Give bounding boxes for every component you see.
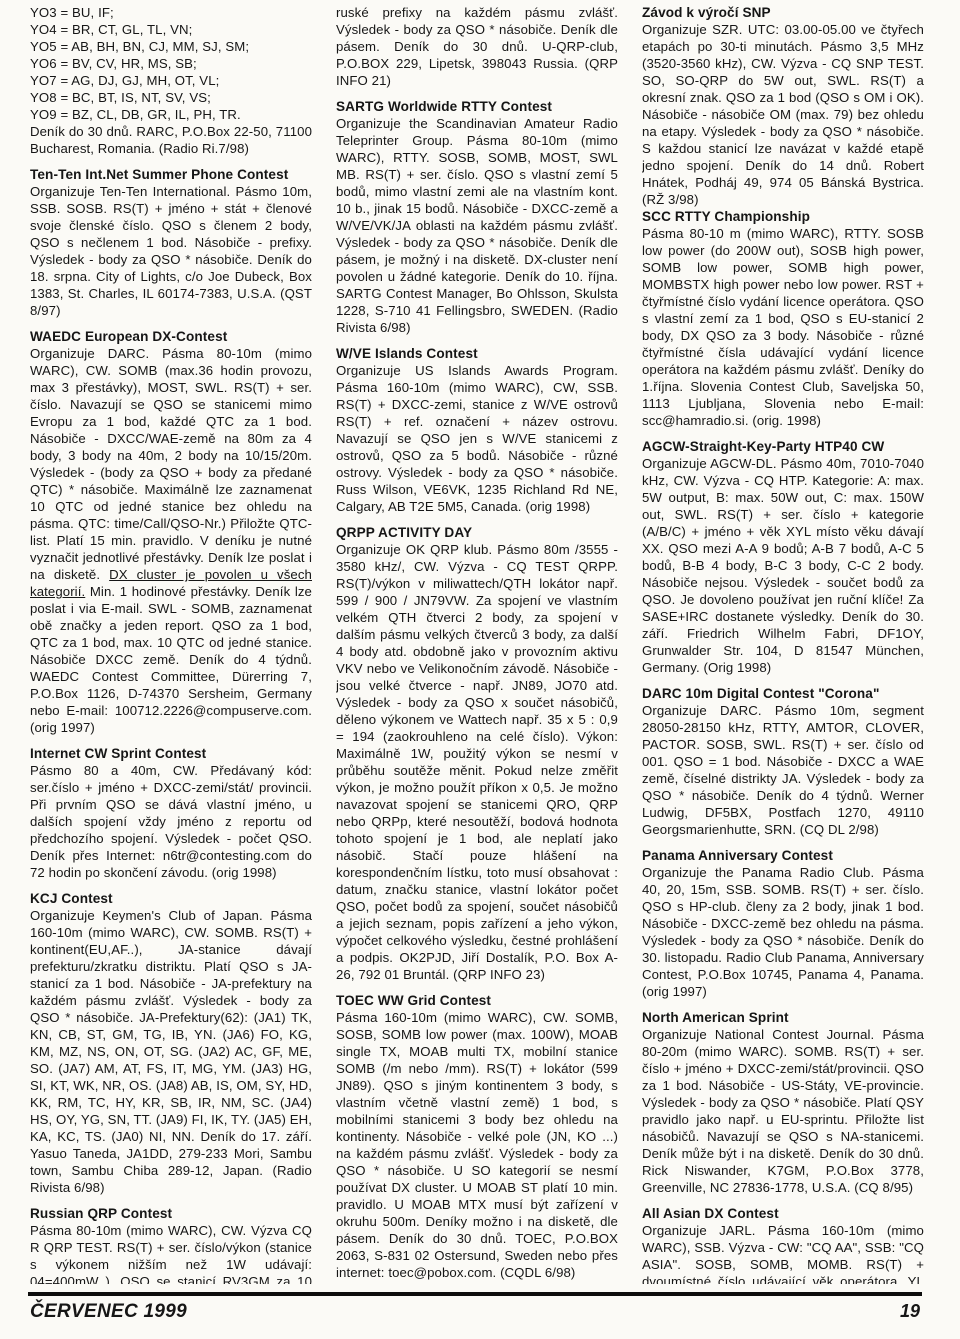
contest-section-sartg: SARTG Worldwide RTTY Contest Organizuje …: [336, 98, 618, 336]
contest-heading: Závod k výročí SNP: [642, 4, 924, 21]
contest-heading: Russian QRP Contest: [30, 1205, 312, 1222]
contest-section-all-asian: All Asian DX Contest Organizuje JARL. Pá…: [642, 1205, 924, 1284]
yo-district-line: YO6 = BV, CV, HR, MS, SB;: [30, 55, 312, 72]
content-columns: YO3 = BU, IF; YO4 = BR, CT, GL, TL, VN; …: [0, 0, 960, 1284]
contest-section-agcw: AGCW-Straight-Key-Party HTP40 CW Organiz…: [642, 438, 924, 676]
contest-body: Pásma 80-10m (mimo WARC), CW. Výzva CQ R…: [30, 1222, 312, 1284]
contest-section-scc-rtty: SCC RTTY Championship Pásma 80-10 m (mim…: [642, 208, 924, 429]
contest-section-snp: Závod k výročí SNP Organizuje SZR. UTC: …: [642, 4, 924, 208]
contest-section-qrpp-activity: QRPP ACTIVITY DAY Organizuje OK QRP klub…: [336, 524, 618, 983]
contest-heading: KCJ Contest: [30, 890, 312, 907]
column-3: Závod k výročí SNP Organizuje SZR. UTC: …: [642, 4, 924, 1284]
footer-issue-label: ČERVENEC 1999: [30, 1301, 187, 1323]
contest-heading: AGCW-Straight-Key-Party HTP40 CW: [642, 438, 924, 455]
contest-body: Organizuje Ten-Ten International. Pásmo …: [30, 183, 312, 319]
contest-heading: SARTG Worldwide RTTY Contest: [336, 98, 618, 115]
contest-body: Organizuje DARC. Pásma 80-10m (mimo WARC…: [30, 345, 312, 736]
contest-section-kcj: KCJ Contest Organizuje Keymen's Club of …: [30, 890, 312, 1196]
contest-body: Organizuje JARL. Pásma 160-10m (mimo WAR…: [642, 1222, 924, 1284]
contest-heading: Ten-Ten Int.Net Summer Phone Contest: [30, 166, 312, 183]
contest-heading: W/VE Islands Contest: [336, 345, 618, 362]
contest-section-yo-districts: YO3 = BU, IF; YO4 = BR, CT, GL, TL, VN; …: [30, 4, 312, 157]
contest-section-tenten: Ten-Ten Int.Net Summer Phone Contest Org…: [30, 166, 312, 319]
contest-section-darc-corona: DARC 10m Digital Contest "Corona" Organi…: [642, 685, 924, 838]
contest-section-russian-qrp-continued: ruské prefixy na každém pásmu zvlášť. Vý…: [336, 4, 618, 89]
yo-district-line: YO3 = BU, IF;: [30, 4, 312, 21]
contest-heading: North American Sprint: [642, 1009, 924, 1026]
contest-body: Organizuje the Scandinavian Amateur Radi…: [336, 115, 618, 336]
yo-district-line: YO9 = BZ, CL, DB, GR, IL, PH, TR.: [30, 106, 312, 123]
contest-body: Organizuje AGCW-DL. Pásmo 40m, 7010-7040…: [642, 455, 924, 676]
body-text: Min. 1 hodinové přestávky. Deník lze pos…: [30, 584, 312, 735]
contest-heading: QRPP ACTIVITY DAY: [336, 524, 618, 541]
contest-body: Organizuje the Panama Radio Club. Pásma …: [642, 864, 924, 1000]
contest-body: Organizuje SZR. UTC: 03.00-05.00 ve čtyř…: [642, 21, 924, 208]
contest-body: ruské prefixy na každém pásmu zvlášť. Vý…: [336, 4, 618, 89]
yo-district-line: YO5 = AB, BH, BN, CJ, MM, SJ, SM;: [30, 38, 312, 55]
contest-heading: DARC 10m Digital Contest "Corona": [642, 685, 924, 702]
contest-body: Pásma 160-10m (mimo WARC), CW. SOMB, SOS…: [336, 1009, 618, 1281]
contest-section-toec: TOEC WW Grid Contest Pásma 160-10m (mimo…: [336, 992, 618, 1281]
contest-heading: All Asian DX Contest: [642, 1205, 924, 1222]
contest-body: Organizuje US Islands Awards Program. Pá…: [336, 362, 618, 515]
contest-heading: Internet CW Sprint Contest: [30, 745, 312, 762]
contest-body: Pásmo 80 a 40m, CW. Předávaný kód: ser.č…: [30, 762, 312, 881]
footer-divider: [28, 1292, 922, 1296]
contest-section-wve-islands: W/VE Islands Contest Organizuje US Islan…: [336, 345, 618, 515]
contest-body: Organizuje OK QRP klub. Pásmo 80m /3555 …: [336, 541, 618, 983]
magazine-page: YO3 = BU, IF; YO4 = BR, CT, GL, TL, VN; …: [0, 0, 960, 1339]
contest-body: Organizuje Keymen's Club of Japan. Pásma…: [30, 907, 312, 1196]
contest-section-internet-cw: Internet CW Sprint Contest Pásmo 80 a 40…: [30, 745, 312, 881]
contest-heading: WAEDC European DX-Contest: [30, 328, 312, 345]
footer-page-number: 19: [900, 1301, 920, 1322]
yo-district-line: YO8 = BC, BT, IS, NT, SV, VS;: [30, 89, 312, 106]
yo-district-list: YO3 = BU, IF; YO4 = BR, CT, GL, TL, VN; …: [30, 4, 312, 123]
contest-section-russian-qrp: Russian QRP Contest Pásma 80-10m (mimo W…: [30, 1205, 312, 1284]
contest-body: Pásma 80-10 m (mimo WARC), RTTY. SOSB lo…: [642, 225, 924, 429]
yo-district-line: YO7 = AG, DJ, GJ, MH, OT, VL;: [30, 72, 312, 89]
contest-heading: TOEC WW Grid Contest: [336, 992, 618, 1009]
contest-section-waedc: WAEDC European DX-Contest Organizuje DAR…: [30, 328, 312, 736]
contest-body: Organizuje DARC. Pásmo 10m, segment 2805…: [642, 702, 924, 838]
contest-section-na-sprint: North American Sprint Organizuje Nationa…: [642, 1009, 924, 1196]
column-2: ruské prefixy na každém pásmu zvlášť. Vý…: [336, 4, 618, 1284]
yo-district-line: YO4 = BR, CT, GL, TL, VN;: [30, 21, 312, 38]
contest-heading: Panama Anniversary Contest: [642, 847, 924, 864]
contest-heading: SCC RTTY Championship: [642, 208, 924, 225]
contest-section-panama: Panama Anniversary Contest Organizuje th…: [642, 847, 924, 1000]
body-text: Organizuje DARC. Pásma 80-10m (mimo WARC…: [30, 346, 312, 582]
contest-body: Organizuje National Contest Journal. Pás…: [642, 1026, 924, 1196]
page-footer: ČERVENEC 1999 19: [30, 1301, 920, 1323]
column-1: YO3 = BU, IF; YO4 = BR, CT, GL, TL, VN; …: [30, 4, 312, 1284]
contest-body: Deník do 30 dnů. RARC, P.O.Box 22-50, 71…: [30, 123, 312, 157]
